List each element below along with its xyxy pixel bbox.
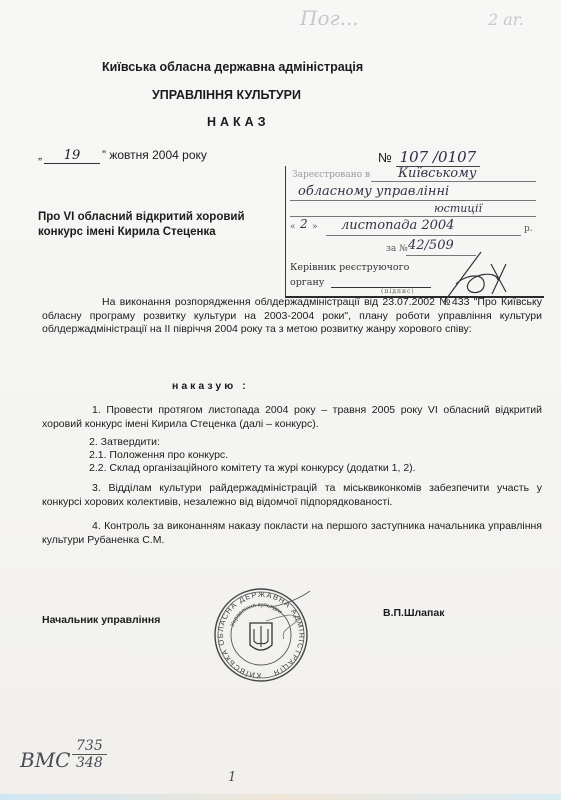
- registered-handwriting-1: Київському: [398, 166, 476, 181]
- fraction-top: 735: [72, 738, 107, 755]
- page-number: 1: [228, 770, 236, 785]
- order-date: „19” жовтня 2004 року: [38, 148, 207, 164]
- reg-day-open: «: [290, 222, 296, 232]
- order-word: наказую :: [172, 380, 249, 392]
- fraction-bottom: 348: [72, 755, 107, 771]
- preamble-text: На виконання розпорядження облдержадміні…: [42, 296, 542, 335]
- order-number: № 107 /0107: [378, 148, 480, 166]
- document-page: Пог... 2 ar. Київська обласна державна а…: [0, 0, 561, 800]
- subject-line-1: Про VI обласний відкритий хоровий: [38, 210, 278, 225]
- top-handwritten-note: Пог...: [300, 6, 359, 30]
- archive-fraction: 735 348: [72, 738, 107, 771]
- reg-day-close: »: [312, 222, 318, 232]
- order-item-3: 3. Відділам культури райдержадміністраці…: [42, 482, 542, 509]
- number-sign: №: [378, 150, 392, 165]
- registered-handwriting-3: юстиції: [434, 202, 482, 215]
- order-item-2: 2. Затвердити:: [89, 436, 561, 450]
- reg-year-suffix: р.: [524, 224, 533, 234]
- registered-handwriting-2: обласному управлінні: [298, 184, 449, 199]
- quote-close: ”: [102, 148, 106, 162]
- order-subject: Про VI обласний відкритий хоровий конкур…: [38, 210, 278, 240]
- order-item-3-text: 3. Відділам культури райдержадміністраці…: [42, 482, 542, 508]
- quote-open: „: [38, 148, 42, 162]
- reg-month-year: листопада 2004: [341, 218, 454, 233]
- order-item-1: 1. Провести протягом листопада 2004 року…: [42, 404, 542, 431]
- signatory-name: В.П.Шлапак: [383, 607, 444, 619]
- day-value: 19: [64, 148, 81, 163]
- top-handwritten-note-right: 2 ar.: [488, 10, 524, 29]
- signatory-role: Начальник управління: [42, 614, 160, 626]
- reg-number-label: за №: [386, 244, 408, 254]
- preamble-paragraph: На виконання розпорядження облдержадміні…: [42, 296, 542, 337]
- month-year: жовтня 2004 року: [109, 148, 207, 162]
- scan-edge: [0, 794, 561, 800]
- reg-organ-label: органу: [290, 277, 324, 288]
- order-item-2-1: 2.1. Положення про конкурс.: [89, 449, 561, 463]
- reg-day: 2: [300, 217, 308, 231]
- reg-head-label: Керівник реєструючого: [290, 262, 409, 273]
- department-name: УПРАВЛІННЯ КУЛЬТУРИ: [152, 88, 301, 102]
- order-item-4: 4. Контроль за виконанням наказу покласт…: [42, 520, 542, 547]
- order-item-2-2: 2.2. Склад організаційного комітету та ж…: [89, 462, 561, 476]
- official-seal-icon: КИЇВСЬКА ОБЛАСНА ДЕРЖАВНА АДМІНІСТРАЦІЯ …: [210, 587, 312, 683]
- number-value: 107 /0107: [396, 148, 481, 167]
- reg-signature-caption: (підпис): [381, 288, 415, 295]
- day-field: 19: [44, 148, 100, 164]
- archive-mark: ВМС: [20, 748, 70, 772]
- subject-line-2: конкурс імені Кирила Стеценка: [38, 225, 278, 240]
- registered-label: Зареєстровано в: [292, 170, 370, 180]
- order-item-1-text: 1. Провести протягом листопада 2004 року…: [42, 404, 542, 430]
- order-item-4-text: 4. Контроль за виконанням наказу покласт…: [42, 520, 542, 546]
- organization-name: Київська обласна державна адміністрація: [102, 60, 363, 74]
- document-type-title: НАКАЗ: [207, 115, 270, 129]
- registration-stamp: Зареєстровано в Київському обласному упр…: [285, 166, 544, 298]
